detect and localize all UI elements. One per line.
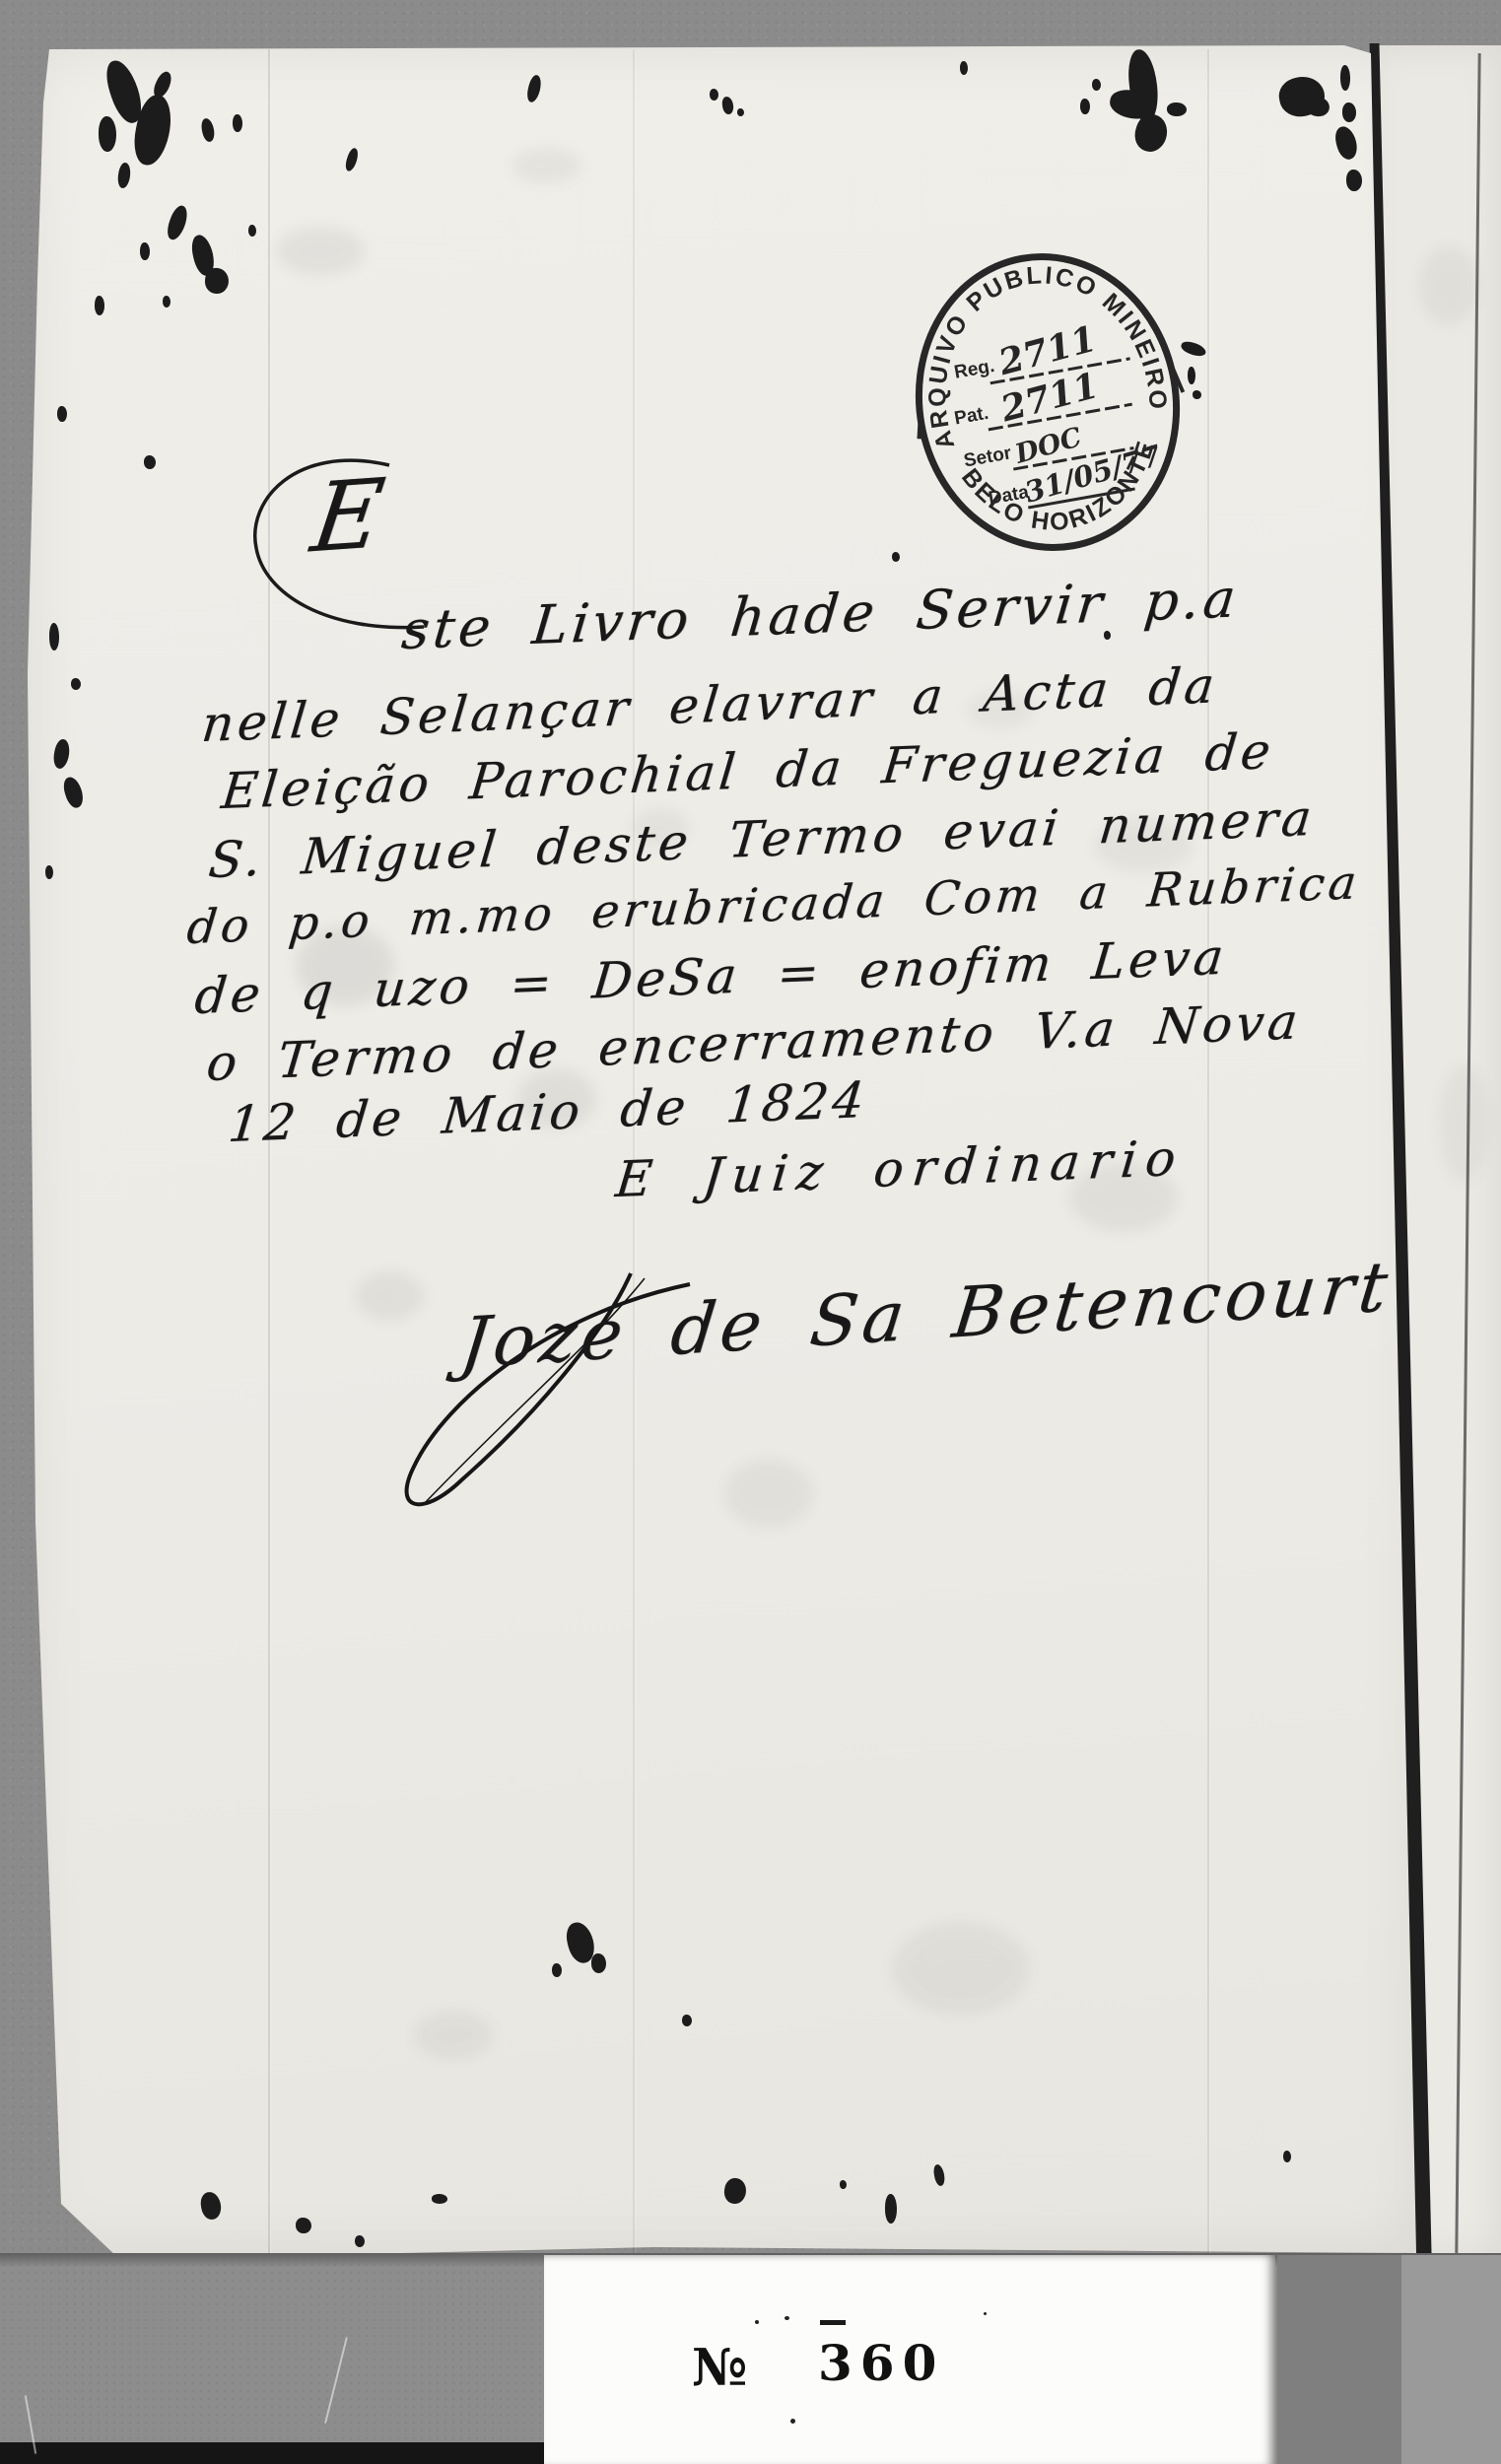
ink-blot xyxy=(163,296,171,308)
ink-blot xyxy=(1340,65,1350,91)
ink-blot xyxy=(960,61,968,75)
ink-blot xyxy=(710,89,718,101)
ink-blot xyxy=(61,775,86,809)
ink-blot xyxy=(1346,170,1362,191)
ink-blot xyxy=(591,1953,606,1973)
ink-blot xyxy=(1104,631,1111,640)
ink-blot-layer xyxy=(0,0,1501,2464)
ink-blot xyxy=(200,117,216,143)
ink-blot xyxy=(885,2194,897,2224)
label-card: № 360 xyxy=(544,2255,1275,2464)
ink-blot xyxy=(49,623,59,650)
ink-blot xyxy=(1342,103,1356,122)
overline-mark xyxy=(820,2320,846,2325)
ink-blot xyxy=(682,2015,692,2026)
card-number: 360 xyxy=(818,2334,944,2392)
tray-light-patch xyxy=(1401,2255,1501,2464)
tray-dark-patch xyxy=(1277,2255,1401,2464)
ink-blot xyxy=(57,406,67,422)
ink-blot xyxy=(1332,124,1360,162)
ink-blot xyxy=(95,296,104,315)
ink-blot xyxy=(1283,2151,1291,2162)
ink-blot xyxy=(116,162,132,188)
ink-blot xyxy=(71,678,81,690)
ink-blot xyxy=(140,242,150,260)
ink-blot xyxy=(199,2191,223,2222)
ink-blot xyxy=(151,69,175,100)
ink-blot xyxy=(722,2176,748,2205)
numero-sign: № xyxy=(692,2338,748,2398)
ink-blot xyxy=(144,455,156,469)
ink-blot xyxy=(932,2163,946,2186)
ink-blot xyxy=(721,96,734,114)
ink-blot xyxy=(344,147,361,172)
ink-blot xyxy=(552,1963,562,1977)
ink-blot xyxy=(737,108,744,116)
speck xyxy=(785,2316,789,2320)
ink-blot xyxy=(1188,367,1195,384)
ink-blot xyxy=(525,74,543,103)
ink-blot xyxy=(840,2180,847,2189)
speck xyxy=(755,2320,759,2324)
ink-blot xyxy=(355,2235,365,2247)
ink-blot xyxy=(204,267,231,295)
ink-blot xyxy=(1092,79,1101,91)
speck xyxy=(790,2419,795,2424)
tray-dark-strip xyxy=(0,2442,548,2464)
ink-blot xyxy=(296,2218,311,2233)
ink-blot xyxy=(432,2194,447,2204)
ink-blot xyxy=(1167,103,1187,116)
ink-blot xyxy=(52,738,72,770)
speck xyxy=(984,2312,987,2315)
ink-blot xyxy=(892,552,900,562)
ink-blot xyxy=(164,203,190,241)
scanned-document-photo: E ste Livro hade Servir p.a nelle Selanç… xyxy=(0,0,1501,2464)
ink-blot xyxy=(1180,339,1207,358)
ink-blot xyxy=(99,116,116,152)
ink-blot xyxy=(1080,99,1090,114)
ink-blot xyxy=(233,114,242,132)
ink-blot xyxy=(248,225,256,237)
ink-blot xyxy=(45,865,53,879)
ink-blot xyxy=(1193,390,1201,399)
